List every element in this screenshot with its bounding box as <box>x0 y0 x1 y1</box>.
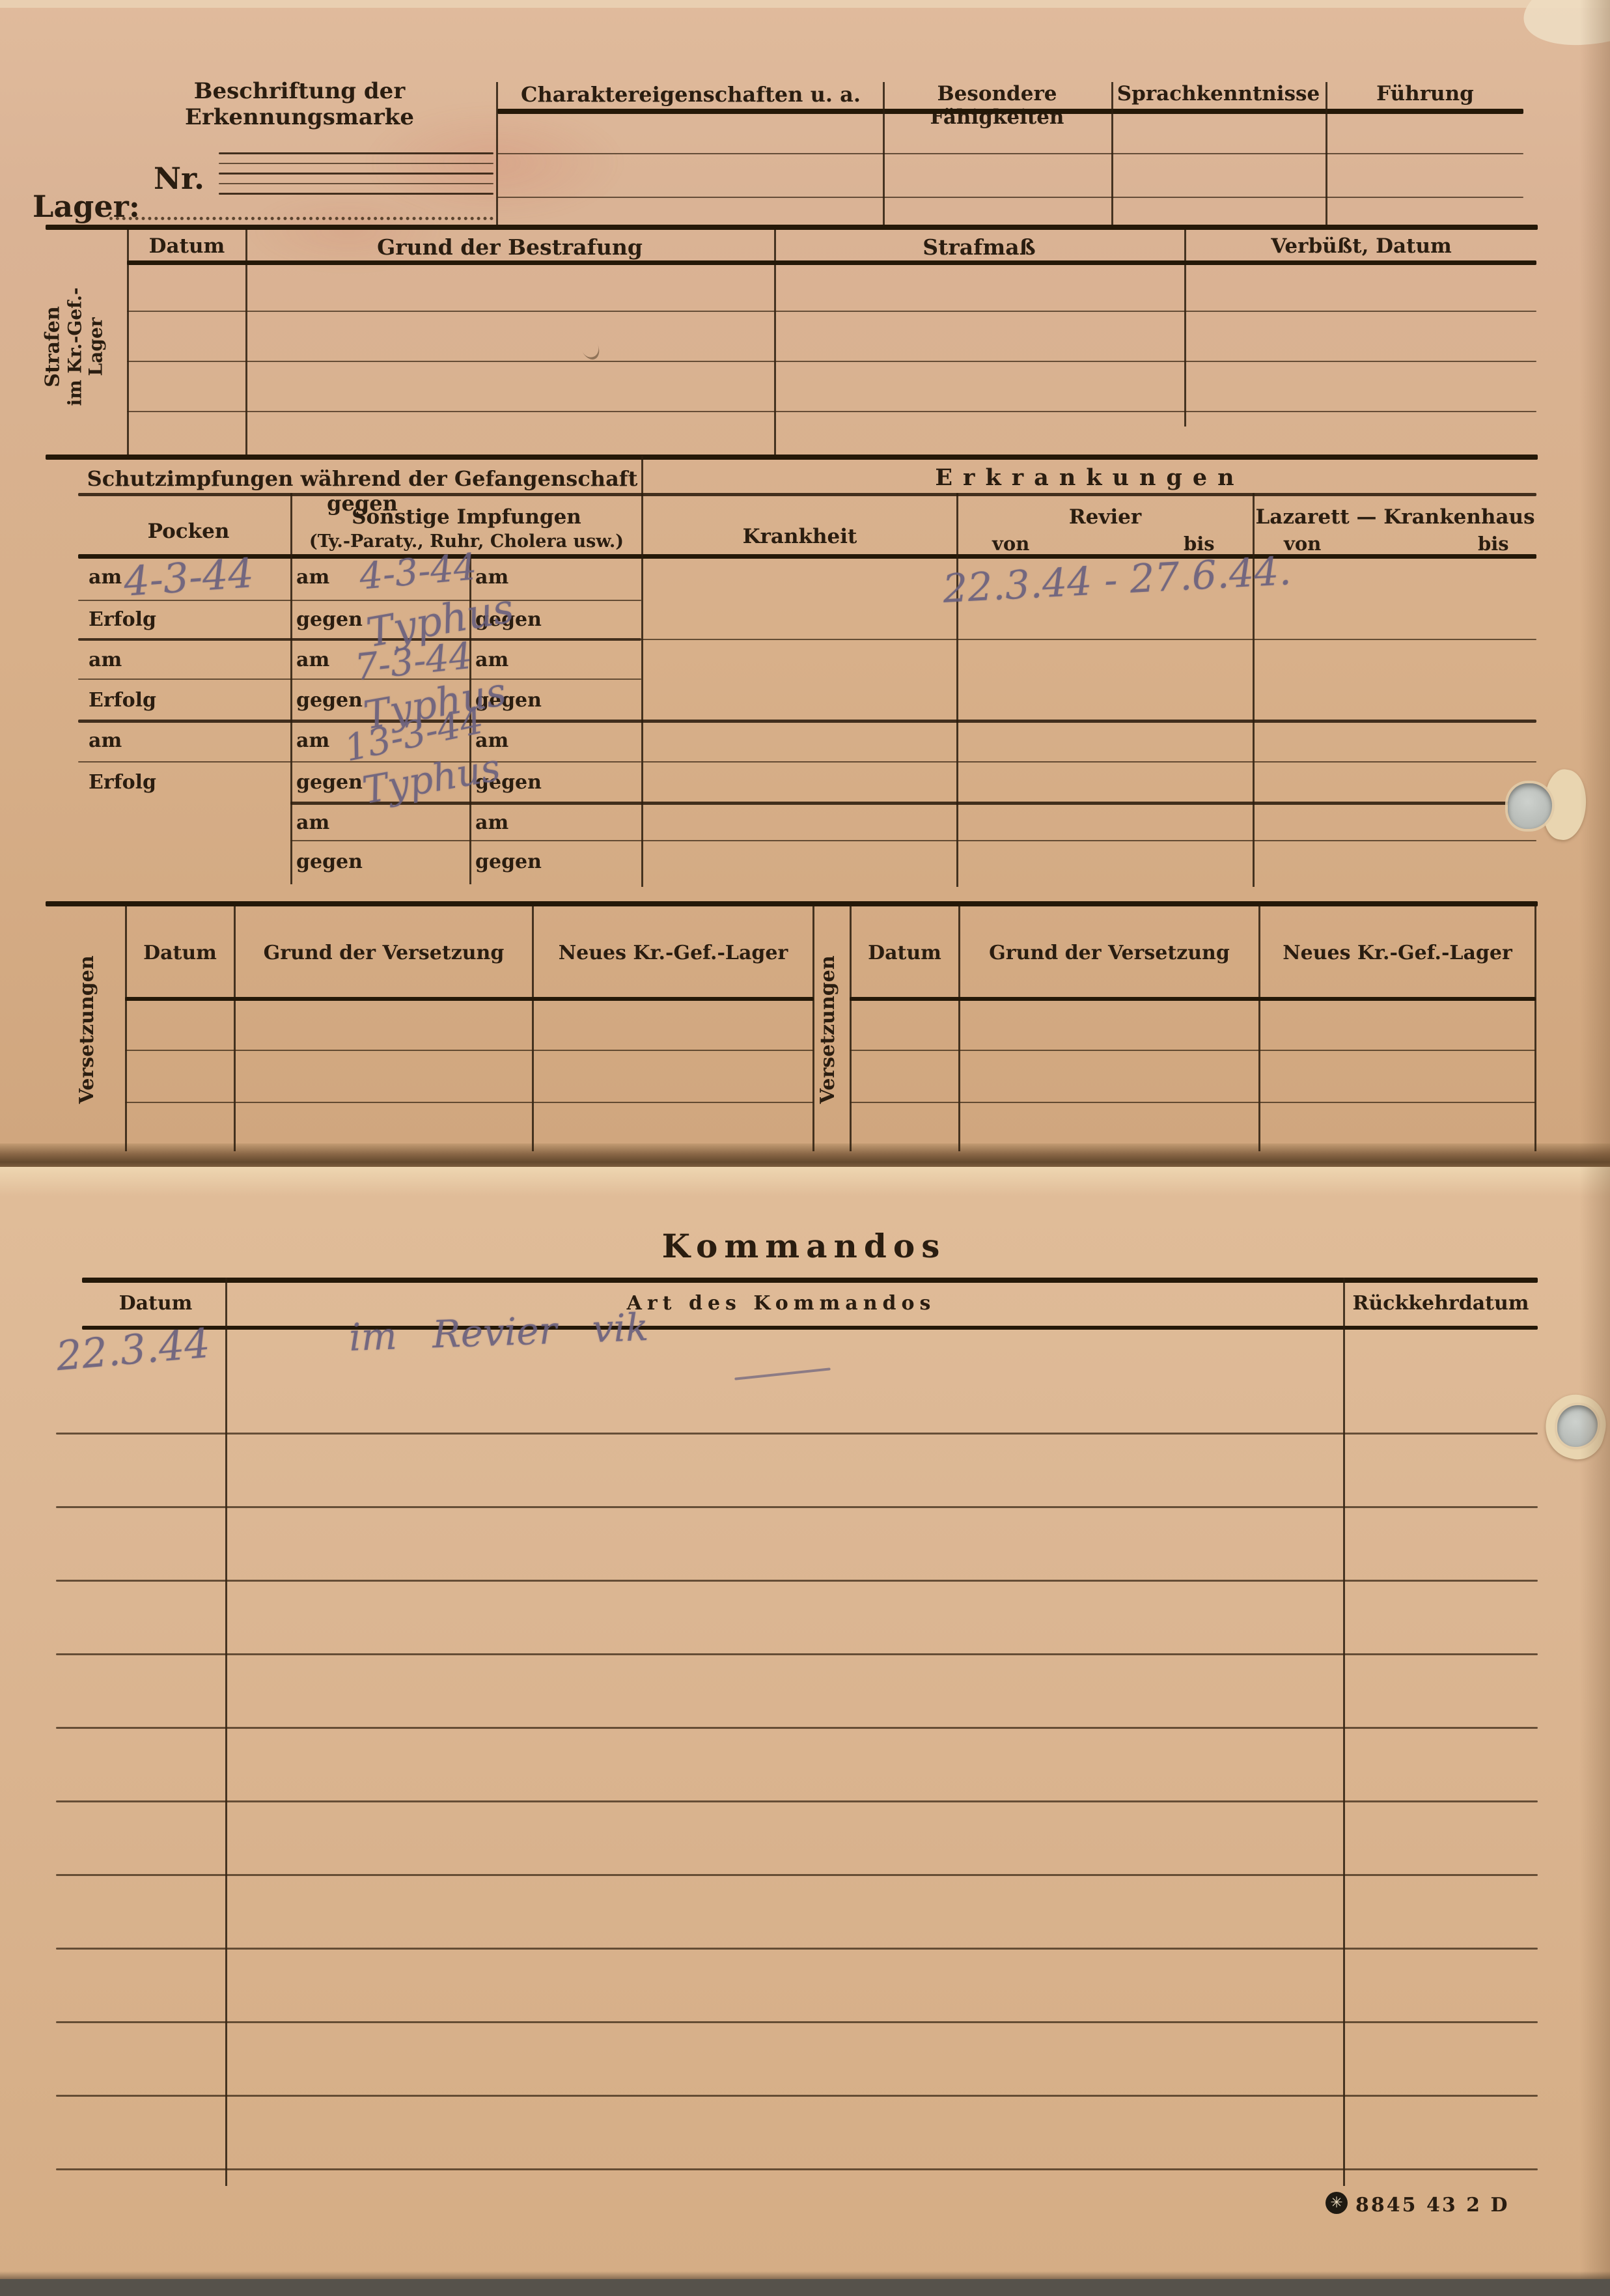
erkrankungen-divider <box>956 493 958 887</box>
versetzungen-col-grund: Grund der Versetzung <box>236 942 532 964</box>
kommandos-row-rule <box>56 1506 1538 1508</box>
row-label: am <box>296 811 329 834</box>
versetzungen-header-rule <box>125 997 814 1001</box>
traits-divider <box>883 82 885 226</box>
traits-col-fuehrung: Führung <box>1327 82 1523 105</box>
strafen-side-label-line2: im Kr.-Gef.-Lager <box>64 262 106 431</box>
printer-mark-glyph: ✳ <box>1330 2194 1342 2211</box>
kommandos-row-rule <box>56 2095 1538 2097</box>
personnel-card-scan: Beschriftung der Erkennungsmarke Nr. Lag… <box>0 0 1610 2296</box>
traits-row-rule <box>497 197 1523 198</box>
strafen-divider <box>1184 230 1186 427</box>
row-label: gegen <box>475 850 542 873</box>
row-label: am <box>89 649 122 671</box>
erkrankungen-title: Erkrankungen <box>643 464 1536 491</box>
impfungen-top-border <box>46 455 1538 460</box>
kommandos-row-rule <box>56 1948 1538 1950</box>
traits-row-rule <box>497 153 1523 154</box>
versetzungen-col-datum: Datum <box>126 942 234 964</box>
impfungen-header-rule <box>78 554 1536 559</box>
revier-von-label: von <box>992 533 1029 555</box>
kommandos-divider <box>225 1278 227 2186</box>
versetzungen2-row-rule <box>850 1102 1536 1103</box>
row-label: Erfolg <box>89 689 156 712</box>
versetzungen-row-rule <box>125 1050 814 1051</box>
kommandos-row-rule <box>56 1580 1538 1582</box>
kommandos-row-rule <box>56 1800 1538 1802</box>
row-label: gegen <box>296 689 363 712</box>
impfungen-row-rule <box>290 840 1536 841</box>
nr-rule <box>219 173 493 175</box>
nr-rule <box>219 152 493 154</box>
kommandos-row-rule <box>56 1727 1538 1729</box>
kommandos-row-rule <box>56 1874 1538 1876</box>
row-label: am <box>296 729 329 752</box>
row-label: Erfolg <box>89 608 156 631</box>
versetzungen2-row-rule <box>850 1050 1536 1051</box>
strafen-row-rule <box>127 311 1536 312</box>
row-label: am <box>296 649 329 671</box>
nr-rule <box>219 183 493 184</box>
strafen-col-datum: Datum <box>128 234 245 258</box>
kommandos-col-datum: Datum <box>85 1292 227 1315</box>
printer-mark-icon: ✳ <box>1325 2192 1348 2214</box>
paper-right-edge <box>1579 0 1610 2296</box>
versetzungen2-col-datum: Datum <box>851 942 958 964</box>
row-label: Erfolg <box>89 771 156 794</box>
section-title-rule <box>78 493 1536 496</box>
versetzungen-side-label: Versetzungen <box>76 945 99 1114</box>
versetzungen2-col-grund: Grund der Versetzung <box>960 942 1258 964</box>
lager-dotted-line <box>109 188 493 220</box>
strafen-row-rule <box>127 411 1536 412</box>
strafen-row-rule <box>127 361 1536 362</box>
kommandos-col-rueckkehr: Rückkehrdatum <box>1345 1292 1536 1315</box>
traits-divider <box>1325 82 1327 226</box>
id-box-title: Beschriftung der Erkennungsmarke <box>114 78 485 130</box>
kommandos-header-rule <box>82 1326 1538 1330</box>
versetzungen-border <box>1534 906 1536 1151</box>
impfungen-row-rule-heavy <box>78 720 1536 723</box>
kommandos-row-rule <box>56 2021 1538 2023</box>
traits-col-charakter: Charaktereigenschaften u. a. <box>500 82 881 107</box>
lazarett-bis-label: bis <box>1478 533 1509 555</box>
kommandos-row-rule <box>56 1653 1538 1655</box>
traits-col-faehigkeiten: Besondere Fähigkeiten <box>884 82 1110 129</box>
versetzungen-row-rule <box>125 1102 814 1103</box>
versetzungen-side-label-2: Versetzungen <box>817 945 840 1114</box>
row-label: am <box>475 649 508 671</box>
strafen-col-grund: Grund der Bestrafung <box>247 234 772 260</box>
strafen-side-label: Strafen im Kr.-Gef.-Lager <box>42 262 107 431</box>
versetzungen2-col-neues: Neues Kr.-Gef.-Lager <box>1260 942 1534 964</box>
kommandos-row-rule <box>56 1433 1538 1435</box>
traits-col-sprachen: Sprachkenntnisse <box>1113 82 1324 105</box>
paper-top-edge <box>0 0 1610 8</box>
row-label: gegen <box>296 850 363 873</box>
impfungen-col-pocken: Pocken <box>87 520 290 543</box>
erkrankungen-col-revier: Revier <box>958 505 1253 529</box>
versetzungen-top-border <box>46 901 1538 906</box>
row-label: am <box>296 566 329 589</box>
print-code: 8845 43 2 D <box>1355 2194 1509 2217</box>
strafen-header-rule <box>127 260 1536 265</box>
handwriting-pocken-date: 4-3-44 <box>122 549 255 606</box>
row-label: am <box>89 566 122 589</box>
kommandos-row-rule <box>56 2168 1538 2170</box>
versetzungen-border <box>812 906 814 1151</box>
strafen-top-border <box>46 225 1538 230</box>
row-label: am <box>475 811 508 834</box>
kommandos-title: Kommandos <box>605 1227 1003 1265</box>
erkrankungen-row-rule <box>641 761 1536 763</box>
row-label: gegen <box>296 608 363 631</box>
traits-header-rule <box>497 109 1523 114</box>
nr-rule <box>219 163 493 164</box>
erkrankungen-row-rule <box>641 639 1536 640</box>
strafen-col-strafmass: Strafmaß <box>776 234 1182 260</box>
kommandos-top-border <box>82 1278 1538 1283</box>
scanner-background-strip <box>0 2279 1610 2296</box>
impfungen-col-sonstige: Sonstige Impfungen <box>292 505 641 529</box>
impfungen-divider <box>290 493 292 884</box>
erkrankungen-col-lazarett: Lazarett — Krankenhaus <box>1254 505 1536 529</box>
impfungen-row-rule-heavy <box>290 802 1536 805</box>
kommandos-divider <box>1343 1278 1345 2186</box>
strafen-side-label-line1: Strafen <box>42 262 65 431</box>
versetzungen2-header-rule <box>850 997 1536 1001</box>
versetzungen-col-neues: Neues Kr.-Gef.-Lager <box>534 942 812 964</box>
row-label: am <box>89 729 122 752</box>
paper-bottom-page <box>0 1167 1610 2280</box>
row-label: gegen <box>296 771 363 794</box>
impfungen-row-rule <box>78 638 641 641</box>
strafen-col-verbuesst: Verbüßt, Datum <box>1186 234 1536 258</box>
section-divider <box>641 456 643 887</box>
traits-divider <box>1111 82 1113 226</box>
revier-bis-label: bis <box>1184 533 1215 555</box>
page-fold-shadow <box>0 1143 1610 1167</box>
erkrankungen-col-krankheit: Krankheit <box>643 525 956 548</box>
